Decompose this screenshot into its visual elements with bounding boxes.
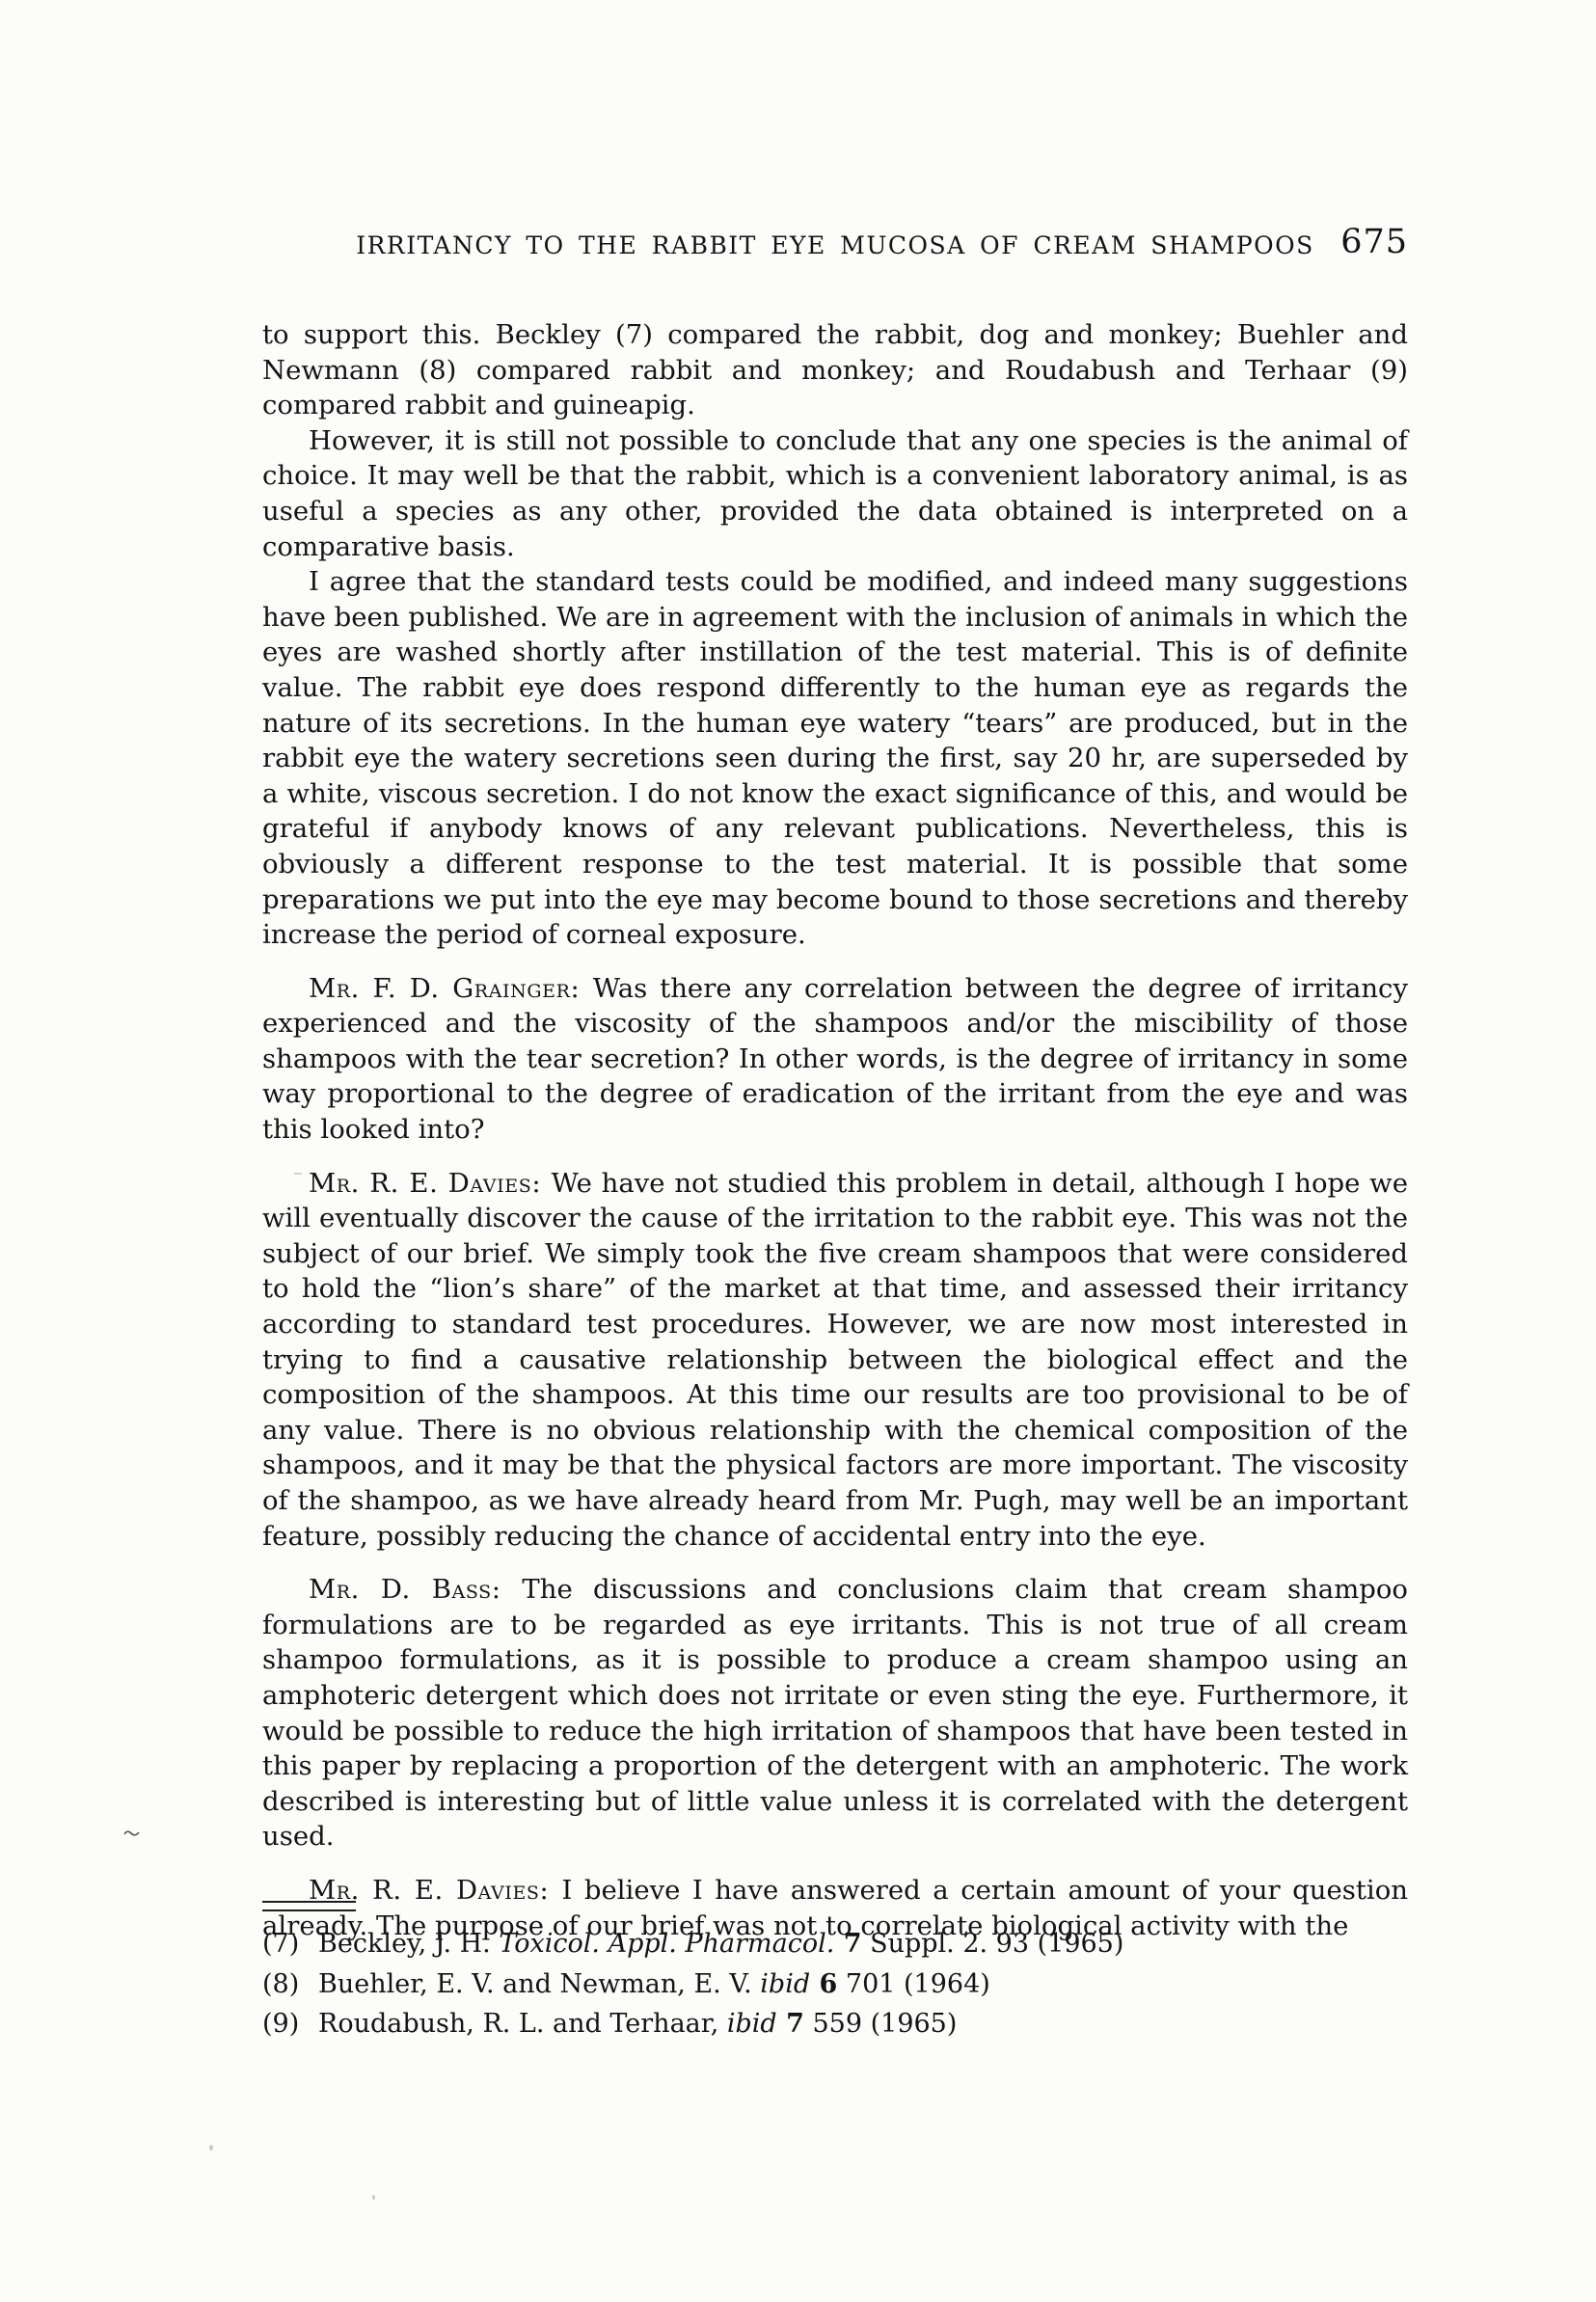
reference-item-7: (7) Beckley, J. H. Toxicol. Appl. Pharma… — [262, 1924, 1408, 1964]
references-section: (7) Beckley, J. H. Toxicol. Appl. Pharma… — [262, 1901, 1408, 2045]
journal-name: ibid — [727, 2009, 777, 2039]
scan-artifact-squiggle — [123, 1828, 141, 1838]
volume-number: 6 — [810, 1969, 837, 1999]
running-head-title: IRRITANCY TO THE RABBIT EYE MUCOSA OF CR… — [262, 231, 1408, 259]
reference-number: (7) — [262, 1924, 318, 1964]
paragraph: However, it is still not possible to con… — [262, 423, 1408, 564]
reference-number: (9) — [262, 2004, 318, 2045]
footnote-rule — [262, 1901, 356, 1911]
reference-text: Roudabush, R. L. and Terhaar, ibid 7 559… — [318, 2004, 1408, 2045]
speaker-text: The discussions and conclusions claim th… — [262, 1574, 1408, 1852]
reference-item-8: (8) Buehler, E. V. and Newman, E. V. ibi… — [262, 1964, 1408, 2005]
paragraph: I agree that the standard tests could be… — [262, 564, 1408, 953]
discussion-text: to support this. Beckley (7) compared th… — [262, 317, 1408, 1943]
journal-name: ibid — [760, 1969, 810, 1999]
speaker-name: Mr. F. D. Grainger: — [309, 973, 593, 1004]
speaker-name: Mr. D. Bass: — [309, 1574, 522, 1605]
running-head: IRRITANCY TO THE RABBIT EYE MUCOSA OF CR… — [262, 231, 1408, 270]
speaker-name: Mr. R. E. Davies: — [309, 1168, 552, 1199]
reference-number: (8) — [262, 1964, 318, 2005]
speaker-text: We have not studied this problem in deta… — [262, 1168, 1408, 1552]
volume-number: 7 — [834, 1929, 861, 1959]
paragraph-continuation: to support this. Beckley (7) compared th… — [262, 317, 1408, 423]
scan-artifact-dash — [294, 1173, 302, 1175]
speaker-paragraph-davies-1: Mr. R. E. Davies: We have not studied th… — [262, 1166, 1408, 1555]
journal-page: IRRITANCY TO THE RABBIT EYE MUCOSA OF CR… — [0, 0, 1596, 2302]
speaker-paragraph-bass: Mr. D. Bass: The discussions and conclus… — [262, 1572, 1408, 1855]
page-number: 675 — [1340, 223, 1408, 261]
volume-number: 7 — [777, 2009, 804, 2039]
reference-text: Beckley, J. H. Toxicol. Appl. Pharmacol.… — [318, 1924, 1408, 1964]
journal-name: Toxicol. Appl. Pharmacol. — [499, 1929, 834, 1959]
speaker-paragraph-grainger: Mr. F. D. Grainger: Was there any correl… — [262, 971, 1408, 1148]
scan-artifact-speck — [372, 2195, 375, 2200]
reference-item-9: (9) Roudabush, R. L. and Terhaar, ibid 7… — [262, 2004, 1408, 2045]
reference-text: Buehler, E. V. and Newman, E. V. ibid 6 … — [318, 1964, 1408, 2005]
scan-artifact-speck — [209, 2145, 213, 2151]
